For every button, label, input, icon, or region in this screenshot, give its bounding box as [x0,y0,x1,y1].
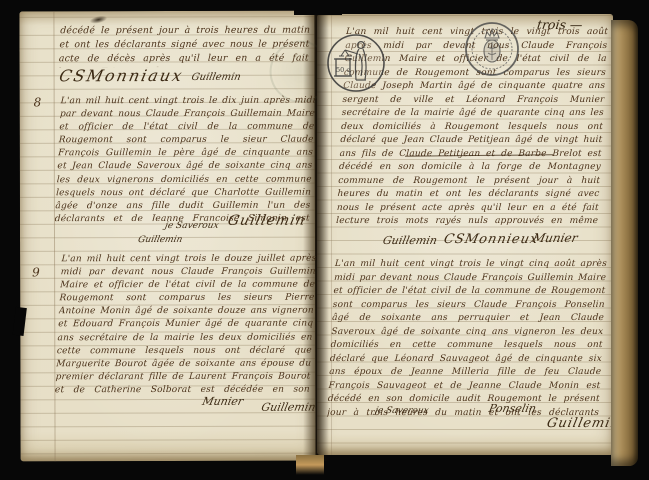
act8-signature-saveroux: je Saveroux [164,221,220,231]
act-number-9: 9 [32,265,40,279]
previous-act-fragment: décédé le présent jour à trois heures du… [58,24,310,68]
act9-signature-munier: Munier [201,395,244,408]
signature-guillemin: Guillemin [190,72,241,83]
left-page: décédé le présent jour à trois heures du… [19,11,315,462]
act10-signature-munier: Munier [532,231,579,245]
spine-bottom [296,455,324,477]
binding-notch-top [294,0,342,15]
act10-signature-guillemin: Guillemin [382,234,439,247]
right-page: trois — L'an mil huit cent vingt trois l… [317,14,613,455]
act11-signature-ponselin: Ponselin [488,402,538,415]
act-number-8: 8 [34,95,42,109]
book-gutter [303,11,329,461]
act8-signature-guillemin-large: Guillemin [226,213,307,229]
act11-signature-saveroux: je Saveroux [374,406,430,416]
register-scan: décédé le présent jour à trois heures du… [0,0,649,480]
act-9-text: L'an mil huit cent vingt trois le douze … [55,253,317,394]
official-seal-icon [463,20,521,78]
svg-text:50 c: 50 c [336,66,350,74]
signature-monniaux: CSMonniaux [58,66,186,85]
act10-signature-monnieux: CSMonnieux [442,232,539,247]
fiscal-stamp-icon: 50 c [325,32,387,94]
page-stack-edge [611,20,638,466]
act-8-text: L'an mil huit cent vingt trois le dix ju… [55,95,316,222]
act8-signature-guillemin-small: Guillemin [137,235,183,245]
act11-signature-guillemin: Guillemin [545,416,621,431]
act-11-text: L'an mil huit cent vingt trois le vingt … [327,258,607,418]
